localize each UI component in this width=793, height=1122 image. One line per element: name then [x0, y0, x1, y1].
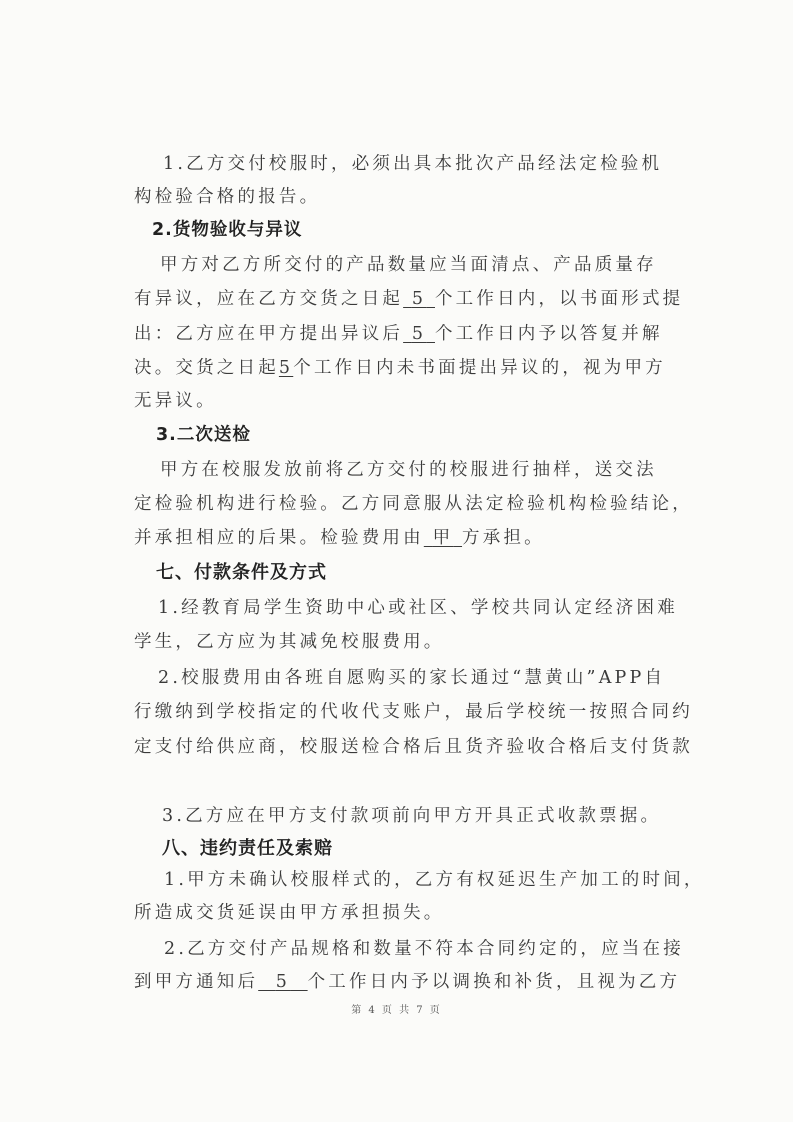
- chapter-heading: 七、付款条件及方式: [156, 558, 327, 584]
- paragraph-line: 定支付给供应商，校服送检合格后且货齐验收合格后支付货款: [134, 733, 693, 758]
- paragraph-line: 出：乙方应在甲方提出异议后 5 个工作日内予以答复并解: [134, 320, 663, 345]
- paragraph-line: 所造成交货延误由甲方承担损失。: [134, 899, 445, 924]
- paragraph-line: 2.校服费用由各班自愿购买的家长通过“慧黄山”APP自: [158, 664, 665, 689]
- page-number: 第 4 页 共 7 页: [0, 1001, 793, 1016]
- paragraph-line: 构检验合格的报告。: [134, 183, 320, 208]
- text: 个工作日内，以书面形式提: [435, 289, 683, 309]
- paragraph-line: 甲方在校服发放前将乙方交付的校服进行抽样，送交法: [160, 456, 657, 481]
- chapter-heading: 八、违约责任及索赔: [162, 834, 333, 860]
- text: 到甲方通知后: [134, 972, 258, 992]
- filled-blank: 5: [258, 972, 307, 992]
- text: 决。交货之日起: [134, 358, 279, 378]
- text: 个工作日内未书面提出异议的，视为甲方: [293, 358, 666, 378]
- filled-blank: 5: [279, 358, 293, 378]
- filled-blank: 5: [403, 289, 435, 309]
- paragraph-line: 定检验机构进行检验。乙方同意服从法定检验机构检验结论，: [134, 490, 693, 515]
- filled-blank: 5: [403, 324, 435, 344]
- text: 并承担相应的后果。检验费用由: [134, 528, 424, 548]
- paragraph-line: 无异议。: [134, 387, 217, 412]
- paragraph-line: 2.乙方交付产品规格和数量不符本合同约定的，应当在接: [164, 935, 684, 960]
- section-heading: 3.二次送检: [156, 421, 251, 446]
- paragraph-line: 到甲方通知后 5 个工作日内予以调换和补货，且视为乙方: [134, 968, 680, 993]
- text: 出：乙方应在甲方提出异议后: [134, 324, 403, 344]
- text: 个工作日内予以调换和补货，且视为乙方: [308, 972, 681, 992]
- paragraph-line: 有异议，应在乙方交货之日起 5 个工作日内，以书面形式提: [134, 285, 683, 310]
- paragraph-line: 学生，乙方应为其减免校服费用。: [134, 628, 445, 653]
- paragraph-line: 1.经教育局学生资助中心或社区、学校共同认定经济困难: [158, 594, 678, 619]
- paragraph-line: 行缴纳到学校指定的代收代支账户，最后学校统一按照合同约: [134, 698, 693, 723]
- paragraph-line: 1.乙方交付校服时，必须出具本批次产品经法定检验机: [163, 150, 662, 175]
- paragraph-line: 决。交货之日起5个工作日内未书面提出异议的，视为甲方: [134, 354, 666, 379]
- filled-blank: 甲: [424, 528, 462, 548]
- text: 有异议，应在乙方交货之日起: [134, 289, 403, 309]
- paragraph-line: 1.甲方未确认校服样式的，乙方有权延迟生产加工的时间，: [164, 866, 705, 891]
- paragraph-line: 并承担相应的后果。检验费用由 甲 方承担。: [134, 524, 545, 549]
- section-heading: 2.货物验收与异议: [152, 216, 302, 241]
- paragraph-line: 3.乙方应在甲方支付款项前向甲方开具正式收款票据。: [162, 802, 661, 827]
- text: 个工作日内予以答复并解: [435, 324, 663, 344]
- text: 方承担。: [462, 528, 545, 548]
- paragraph-line: 甲方对乙方所交付的产品数量应当面清点、产品质量存: [160, 251, 657, 276]
